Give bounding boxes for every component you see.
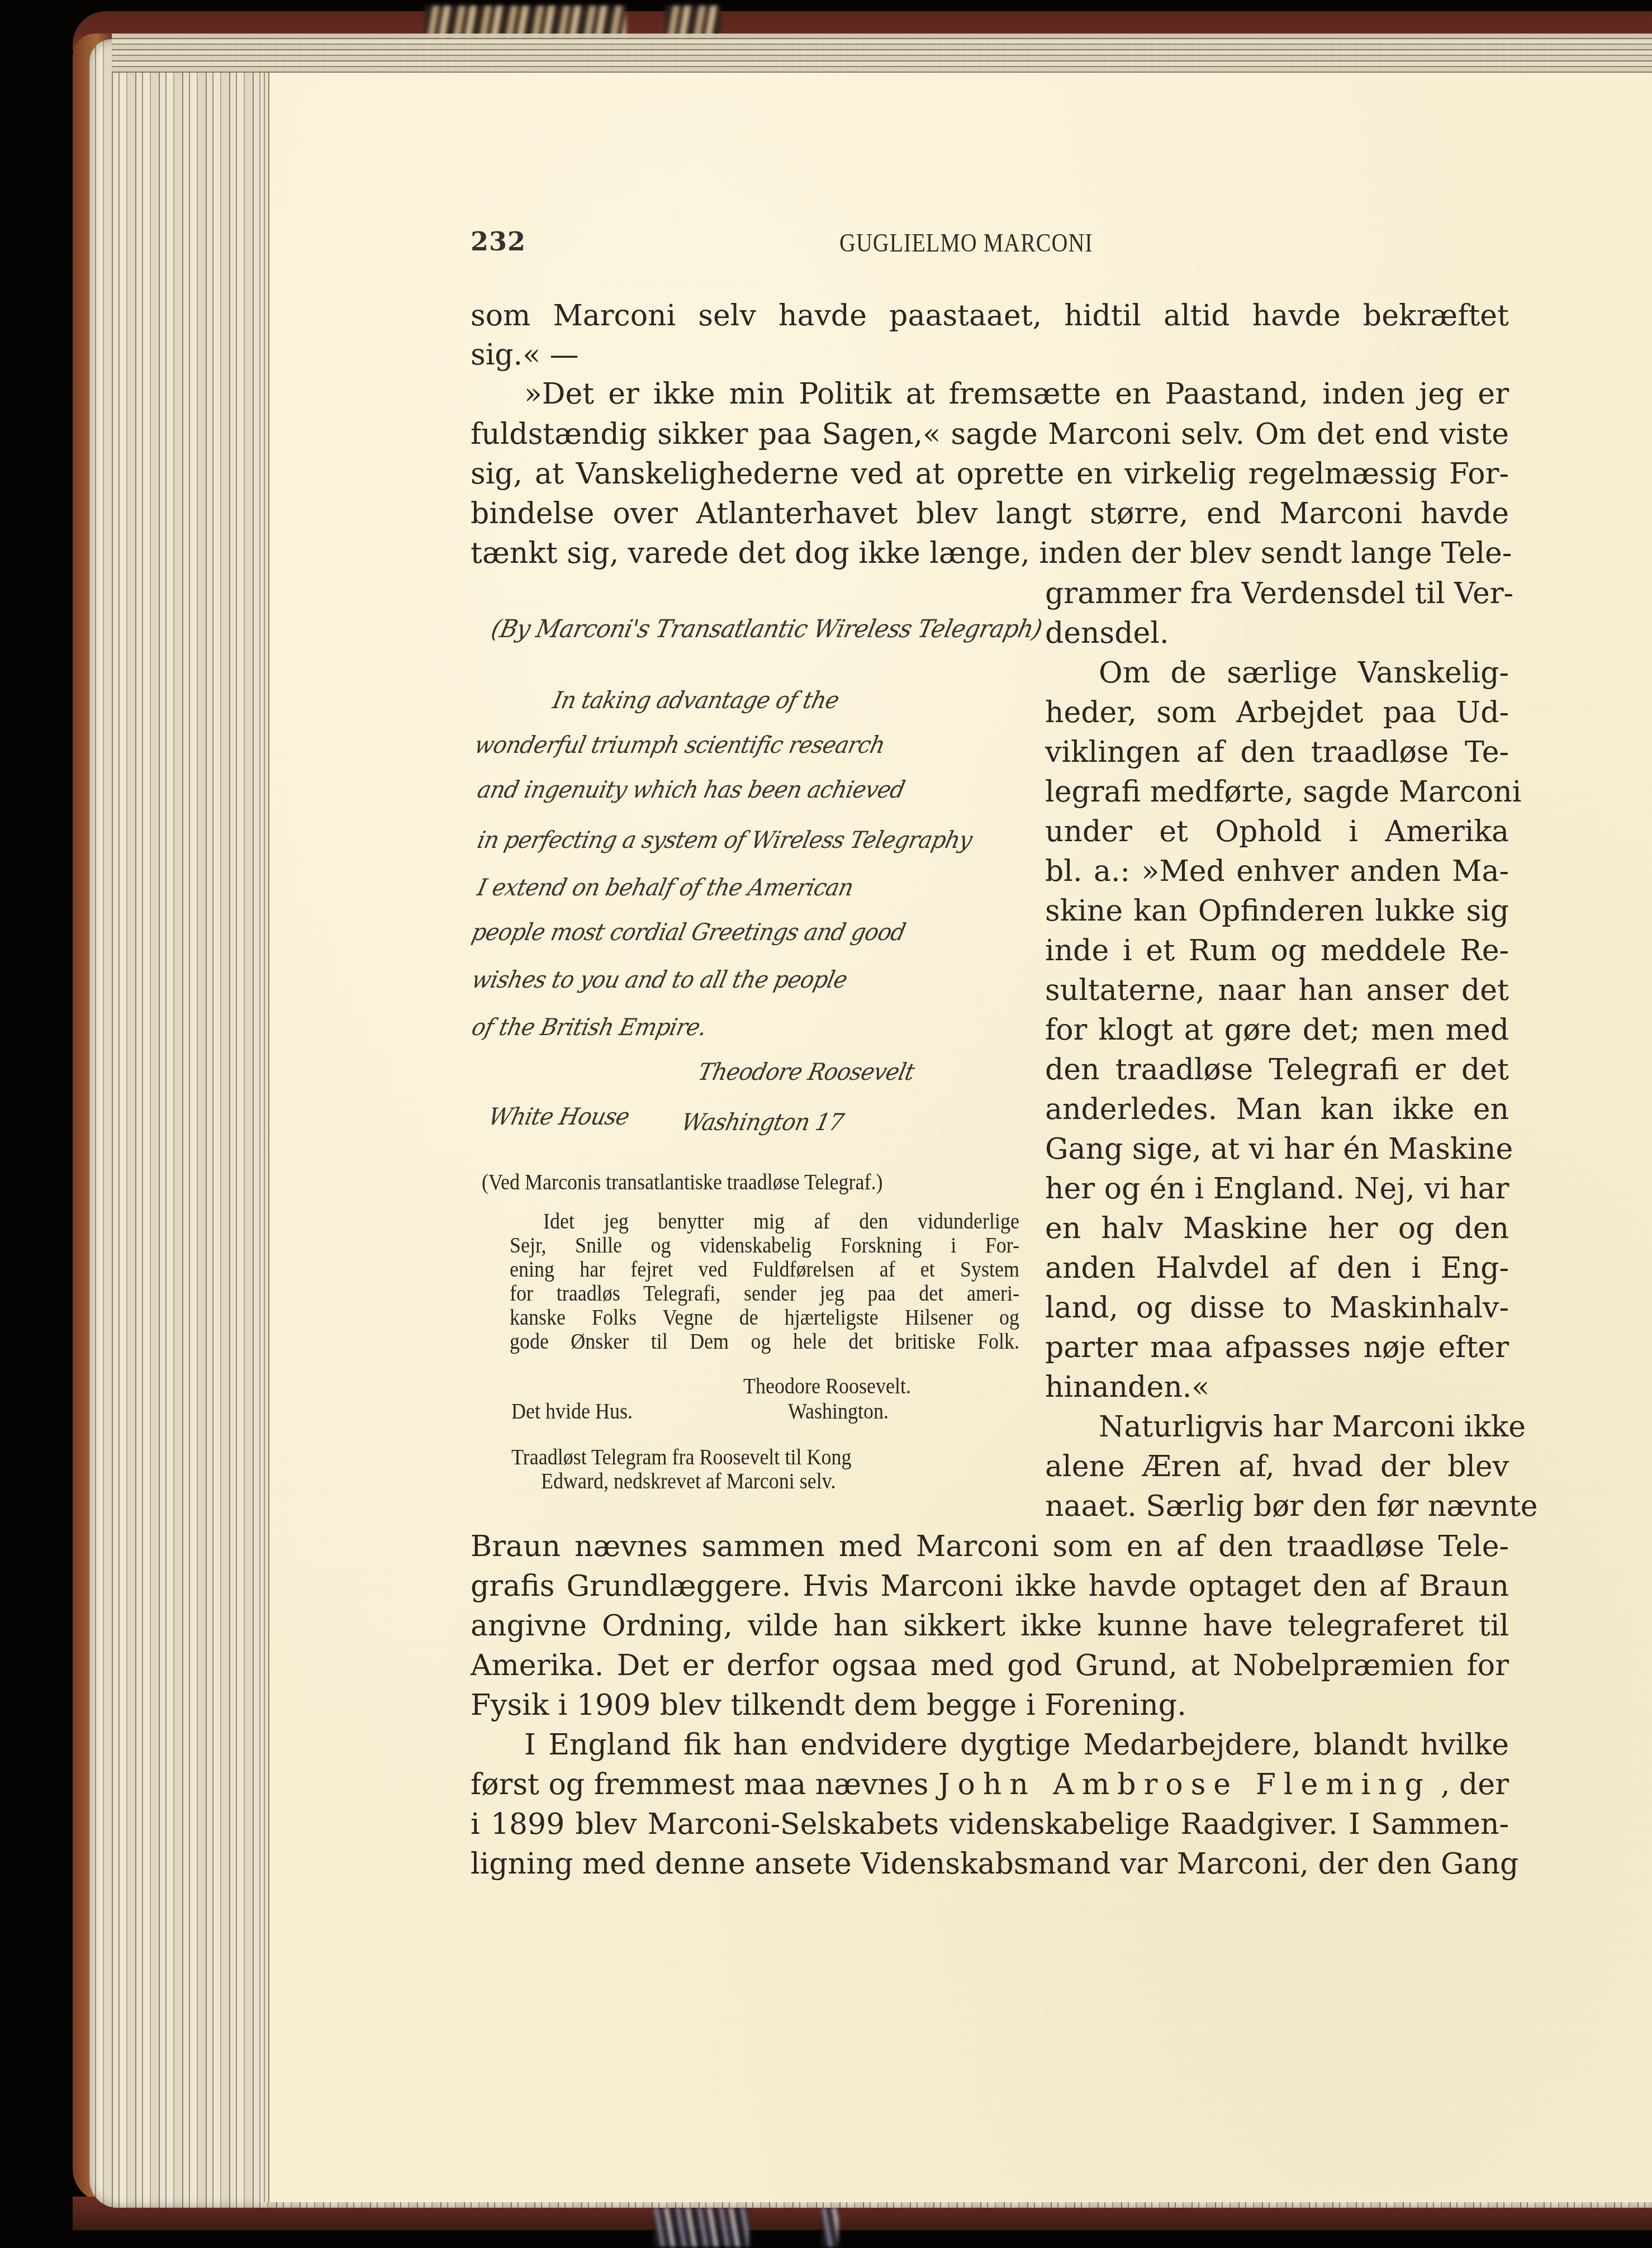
text-line: hinanden.«	[1045, 1370, 1509, 1404]
text-line: parter maa afpasses nøje efter	[1045, 1331, 1509, 1364]
text-line: anden Halvdel af den i Eng-	[1045, 1251, 1509, 1285]
text-line: heder, som Arbejdet paa Ud-	[1045, 696, 1509, 729]
text-line: fuldstændig sikker paa Sagen,« sagde Mar…	[471, 418, 1509, 451]
handwriting-line: people most cordial Greetings and good	[469, 919, 908, 946]
text-line: inde i et Rum og meddele Re-	[1045, 934, 1509, 968]
text-line: sig.« —	[471, 338, 1509, 372]
caption-line: Idet jeg benytter mig af den vidunderlig…	[510, 1207, 1019, 1235]
caption-signature: Theodore Roosevelt.	[743, 1372, 911, 1400]
handwriting-line: wishes to you and to all the people	[469, 966, 849, 993]
text-line: angivne Ordning, vilde han sikkert ikke …	[471, 1609, 1509, 1643]
text-line: sig, at Vanskelighederne ved at oprette …	[471, 457, 1509, 491]
text-line: naaet. Særlig bør den før nævnte	[1045, 1490, 1509, 1523]
text-line: en halv Maskine her og den	[1045, 1212, 1509, 1245]
text-line: sultaterne, naar han anser det	[1045, 974, 1509, 1007]
text-line: som Marconi selv havde paastaaet, hidtil…	[471, 299, 1509, 333]
caption-line: gode Ønsker til Dem og hele det britiske…	[510, 1327, 1019, 1355]
text-line: ligning med denne ansete Videnskabsmand …	[471, 1847, 1509, 1881]
text-line: land, og disse to Maskinhalv-	[1045, 1291, 1509, 1325]
text-line: »Det er ikke min Politik at fremsætte en…	[471, 377, 1509, 411]
handwriting-line: wonderful triumph scientific research	[472, 732, 887, 758]
text-line: Om de særlige Vanskelig-	[1045, 656, 1509, 690]
handwriting-line: in perfecting a system of Wireless Teleg…	[475, 827, 974, 853]
handwriting-line: I extend on behalf of the American	[475, 874, 856, 901]
caption-line: ening har fejret ved Fuldførelsen af et …	[510, 1255, 1019, 1283]
text-line: I England fik han endvidere dygtige Meda…	[471, 1728, 1509, 1762]
text-line: viklingen af den traadløse Te-	[1045, 736, 1509, 769]
handwriting-place-date: Washington 17	[679, 1109, 846, 1136]
text-line: i 1899 blev Marconi-Selskabets videnskab…	[471, 1808, 1509, 1841]
handwriting-line: of the British Empire.	[469, 1014, 709, 1041]
caption-line: for traadløs Telegrafi, sender jeg paa d…	[510, 1279, 1019, 1307]
caption-heading: (Ved Marconis transatlantiske traadløse …	[482, 1168, 883, 1196]
text-line: Naturligvis har Marconi ikke	[1045, 1410, 1509, 1444]
caption-place: Washington.	[788, 1397, 889, 1425]
text-line: bindelse over Atlanterhavet blev langt s…	[471, 497, 1509, 530]
caption-line: kanske Folks Vegne de hjærteligste Hilse…	[510, 1303, 1019, 1331]
text-line: her og én i England. Nej, vi har	[1045, 1172, 1509, 1206]
marbled-edge	[654, 2208, 749, 2247]
text-line: legrafi medførte, sagde Marconi	[1045, 775, 1509, 809]
text-line: Fysik i 1909 blev tilkendt dem begge i F…	[471, 1689, 1509, 1722]
text-line: grafis Grundlæggere. Hvis Marconi ikke h…	[471, 1569, 1509, 1603]
text-line: skine kan Opfinderen lukke sig	[1045, 894, 1509, 928]
running-head: 232 GUGLIELMO MARCONI	[471, 226, 1510, 260]
text-fragment: , der	[1441, 1768, 1509, 1801]
marbled-edge	[822, 2208, 838, 2247]
text-line: Braun nævnes sammen med Marconi som en a…	[471, 1530, 1509, 1563]
text-line: tænkt sig, varede det dog ikke længe, in…	[471, 537, 1509, 570]
handwriting-place: White House	[486, 1103, 632, 1130]
running-title: GUGLIELMO MARCONI	[839, 227, 1093, 258]
handwriting-signature: Theodore Roosevelt	[696, 1059, 917, 1085]
text-line: anderledes. Man kan ikke en	[1045, 1093, 1509, 1126]
spaced-name: John Ambrose Fleming	[938, 1768, 1431, 1801]
caption-title: Traadløst Telegram fra Roosevelt til Kon…	[511, 1443, 851, 1471]
text-line: grammer fra Verdensdel til Ver-	[1045, 577, 1509, 610]
caption-title: Edward, nedskrevet af Marconi selv.	[541, 1467, 836, 1495]
text-fragment: først og fremmest maa nævnes	[471, 1768, 929, 1801]
page-stack-top	[112, 34, 1652, 73]
handwriting-line: In taking advantage of the	[550, 687, 841, 714]
text-line: alene Æren af, hvad der blev	[1045, 1450, 1509, 1483]
text-line: bl. a.: »Med enhver anden Ma-	[1045, 855, 1509, 888]
text-line: under et Ophold i Amerika	[1045, 815, 1509, 848]
text-line: den traadløse Telegrafi er det	[1045, 1053, 1509, 1087]
caption-place: Det hvide Hus.	[511, 1397, 633, 1425]
handwriting-heading: (By Marconi's Transatlantic Wireless Tel…	[489, 614, 1045, 643]
page-number: 232	[471, 226, 526, 257]
handwriting-line: and ingenuity which has been achieved	[475, 776, 907, 803]
text-line: densdel.	[1045, 616, 1509, 650]
caption-line: Sejr, Snille og videnskabelig Forskning …	[510, 1231, 1019, 1259]
text-line: først og fremmest maa nævnes John Ambros…	[471, 1768, 1509, 1801]
text-line: for klogt at gøre det; men med	[1045, 1013, 1509, 1047]
text-line: Amerika. Det er derfor ogsaa med god Gru…	[471, 1649, 1509, 1682]
text-line: Gang sige, at vi har én Maskine	[1045, 1132, 1509, 1166]
